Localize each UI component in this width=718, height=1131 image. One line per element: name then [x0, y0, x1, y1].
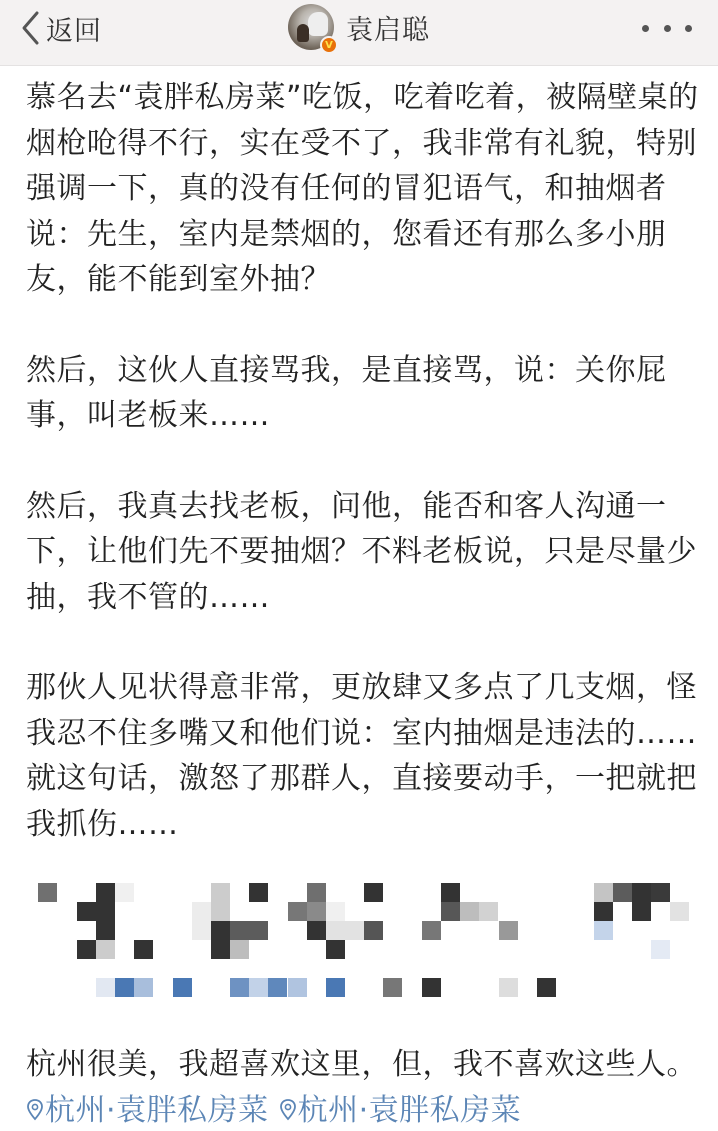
profile-header[interactable]: V 袁启聪 — [288, 4, 430, 50]
avatar-person-shape — [297, 24, 309, 42]
verified-badge-icon: V — [320, 36, 338, 54]
location-pin-icon — [279, 1098, 297, 1122]
location-label: 杭州·袁胖私房菜 — [298, 1093, 522, 1128]
post-closing: 杭州很美，我超喜欢这里，但，我不喜欢这些人。 杭州·袁胖私房菜 杭州·袁胖私房菜 — [26, 1042, 702, 1131]
closing-text: 杭州很美，我超喜欢这里，但，我不喜欢这些人。 — [26, 1047, 697, 1082]
more-options-button[interactable] — [642, 18, 692, 38]
back-label: 返回 — [46, 9, 102, 48]
back-button[interactable]: 返回 — [20, 8, 102, 48]
post-paragraph: 那伙人见状得意非常，更放肆又多点了几支烟，怪我忍不住多嘴又和他们说：室内抽烟是违… — [26, 665, 702, 847]
top-nav-bar: 返回 V 袁启聪 — [0, 0, 718, 66]
avatar-car-shape — [308, 12, 328, 36]
location-pin-icon — [26, 1098, 44, 1122]
post-paragraph: 然后，这伙人直接骂我，是直接骂，说：关你屁事，叫老板来…… — [26, 348, 702, 439]
more-dot-icon — [685, 25, 692, 32]
username[interactable]: 袁启聪 — [346, 8, 430, 47]
post-body: 慕名去“袁胖私房菜”吃饭，吃着吃着，被隔壁桌的烟枪呛得不行，实在受不了，我非常有… — [26, 75, 702, 892]
avatar[interactable]: V — [288, 4, 334, 50]
location-label: 杭州·袁胖私房菜 — [45, 1093, 269, 1128]
more-dot-icon — [642, 25, 649, 32]
post-paragraph: 然后，我真去找老板，问他，能否和客人沟通一下，让他们先不要抽烟？不料老板说，只是… — [26, 484, 702, 621]
chevron-left-icon — [20, 10, 40, 46]
more-dot-icon — [664, 25, 671, 32]
location-link[interactable]: 杭州·袁胖私房菜 — [279, 1093, 522, 1128]
post-paragraph: 慕名去“袁胖私房菜”吃饭，吃着吃着，被隔壁桌的烟枪呛得不行，实在受不了，我非常有… — [26, 75, 702, 303]
location-link[interactable]: 杭州·袁胖私房菜 — [26, 1093, 279, 1128]
